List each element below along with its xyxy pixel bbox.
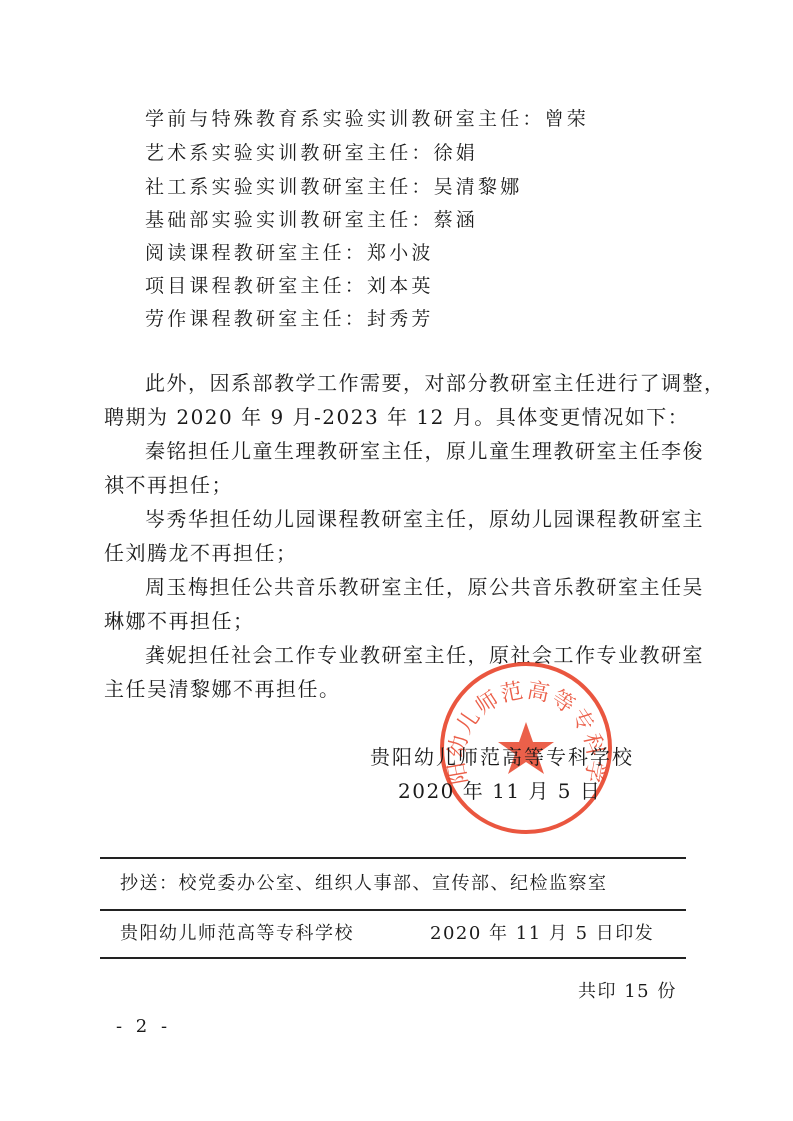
issue-date: 2020 年 11 月 5 日印发 — [430, 922, 654, 946]
appointment-role: 阅读课程教研室主任： — [145, 242, 367, 264]
footer-divider-middle — [100, 909, 686, 911]
change-line: 周玉梅担任公共音乐教研室主任，原公共音乐教研室主任吴 — [145, 574, 704, 600]
change-line: 琳娜不再担任； — [104, 608, 255, 634]
appointment-item: 艺术系实验实训教研室主任：徐娟 — [145, 140, 478, 166]
appointment-item: 社工系实验实训教研室主任：吴清黎娜 — [145, 174, 522, 200]
appointment-role: 学前与特殊教育系实验实训教研室主任： — [145, 108, 545, 130]
change-line: 任刘腾龙不再担任； — [104, 540, 298, 566]
cc-line: 抄送：校党委办公室、组织人事部、宣传部、纪检监察室 — [120, 872, 608, 896]
issuer: 贵阳幼儿师范高等专科学校 — [120, 922, 354, 946]
appointment-role: 艺术系实验实训教研室主任： — [145, 142, 434, 164]
intro-line-1: 此外，因系部教学工作需要，对部分教研室主任进行了调整， — [145, 370, 726, 396]
cc-recipients: 校党委办公室、组织人事部、宣传部、纪检监察室 — [179, 873, 608, 894]
signature-org: 贵阳幼儿师范高等专科学校 — [370, 744, 634, 770]
change-line: 秦铭担任儿童生理教研室主任，原儿童生理教研室主任李俊 — [145, 438, 704, 464]
appointment-role: 基础部实验实训教研室主任： — [145, 209, 434, 231]
appointment-name: 蔡涵 — [434, 209, 478, 231]
appointment-name: 郑小波 — [367, 242, 434, 264]
intro-line-2: 聘期为 2020 年 9 月-2023 年 12 月。具体变更情况如下： — [104, 404, 689, 430]
appointment-name: 徐娟 — [434, 142, 478, 164]
appointment-role: 项目课程教研室主任： — [145, 275, 367, 297]
copies-count: 共印 15 份 — [578, 980, 677, 1004]
appointment-name: 封秀芳 — [367, 308, 434, 330]
appointment-name: 吴清黎娜 — [434, 176, 523, 198]
appointment-item: 劳作课程教研室主任：封秀芳 — [145, 306, 434, 332]
change-line: 龚妮担任社会工作专业教研室主任，原社会工作专业教研室 — [145, 642, 704, 668]
appointment-item: 项目课程教研室主任：刘本英 — [145, 273, 434, 299]
appointment-item: 基础部实验实训教研室主任：蔡涵 — [145, 207, 478, 233]
appointment-item: 阅读课程教研室主任：郑小波 — [145, 240, 434, 266]
change-line: 岑秀华担任幼儿园课程教研室主任，原幼儿园课程教研室主 — [145, 506, 704, 532]
appointment-role: 社工系实验实训教研室主任： — [145, 176, 434, 198]
page-number: - 2 - — [116, 1015, 171, 1039]
appointment-role: 劳作课程教研室主任： — [145, 308, 367, 330]
change-line: 祺不再担任； — [104, 472, 233, 498]
cc-label: 抄送： — [120, 873, 179, 894]
change-line: 主任吴清黎娜不再担任。 — [104, 676, 341, 702]
appointment-name: 刘本英 — [367, 275, 434, 297]
appointment-item: 学前与特殊教育系实验实训教研室主任：曾荣 — [145, 106, 589, 132]
footer-divider-top — [100, 857, 686, 859]
footer-divider-bottom — [100, 957, 686, 959]
signature-date: 2020 年 11 月 5 日 — [398, 778, 601, 804]
appointment-name: 曾荣 — [545, 108, 589, 130]
